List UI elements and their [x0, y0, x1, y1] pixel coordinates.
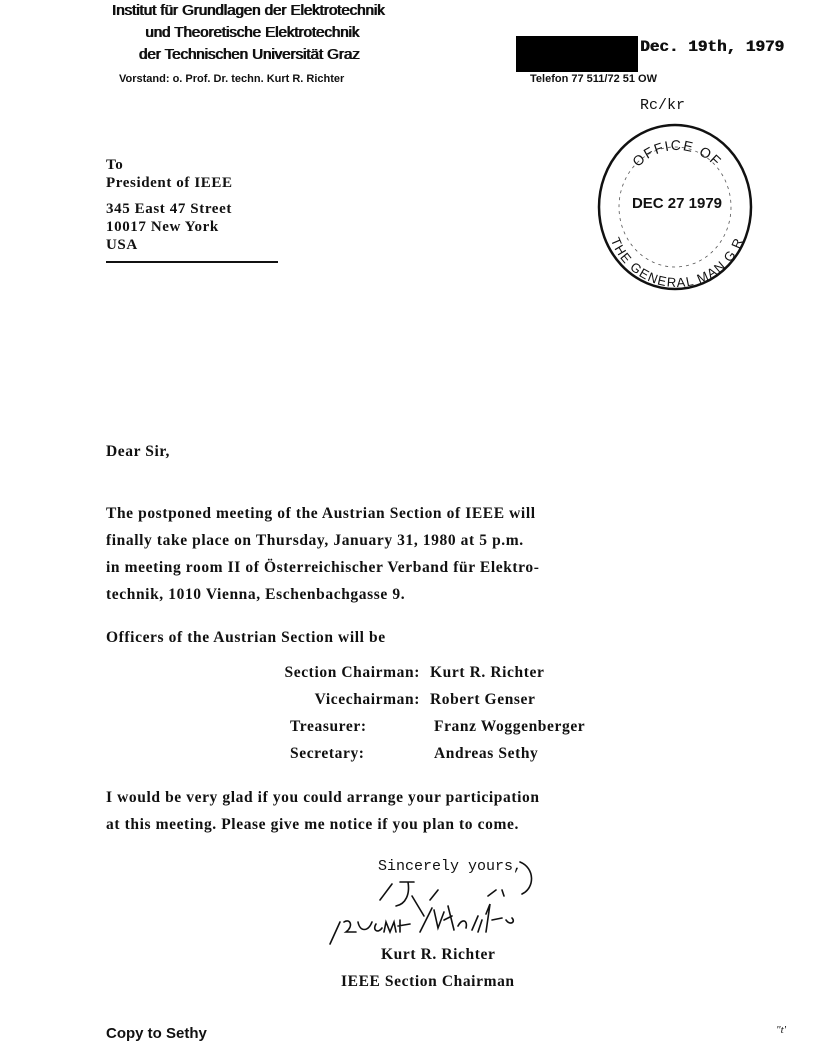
recipient-street: 345 East 47 Street	[106, 200, 233, 218]
officer-name: Robert Genser	[424, 686, 536, 713]
paragraph-participation: I would be very glad if you could arrang…	[106, 784, 540, 838]
recipient-address: To President of IEEE 345 East 47 Street …	[106, 156, 233, 254]
officer-row: Vicechairman: Robert Genser	[250, 686, 585, 713]
paragraph-line: in meeting room II of Österreichischer V…	[106, 554, 540, 581]
copy-note: Copy to Sethy	[106, 1025, 207, 1042]
letterhead-line-2: und Theoretische Elektrotechnik	[78, 22, 418, 44]
paragraph-meeting: The postponed meeting of the Austrian Se…	[106, 500, 540, 608]
received-stamp: OFFICE OF THE GENERAL MAN G R DEC 27 197…	[595, 122, 755, 292]
signer-title: IEEE Section Chairman	[341, 973, 515, 991]
paragraph-line: at this meeting. Please give me notice i…	[106, 811, 540, 838]
signer-name: Kurt R. Richter	[381, 946, 495, 964]
paragraph-line: The postponed meeting of the Austrian Se…	[106, 500, 540, 527]
stamp-circle-icon: OFFICE OF THE GENERAL MAN G R DEC 27 197…	[595, 122, 755, 292]
officer-role: Secretary:	[250, 740, 428, 767]
letterhead: Institut für Grundlagen der Elektrotechn…	[78, 0, 418, 66]
address-divider	[106, 261, 278, 263]
officer-name: Franz Woggenberger	[428, 713, 585, 740]
recipient-to: To	[106, 156, 233, 174]
officer-name: Andreas Sethy	[428, 740, 538, 767]
telefon-number: Telefon 77 511/72 51 OW	[530, 73, 657, 85]
letter-date: Dec. 19th, 1979	[640, 38, 784, 56]
paragraph-line: finally take place on Thursday, January …	[106, 527, 540, 554]
svg-text:OFFICE OF: OFFICE OF	[629, 137, 725, 170]
signature-scribble-icon	[320, 860, 560, 950]
officers-list: Section Chairman: Kurt R. Richter Vicech…	[250, 659, 585, 767]
officer-role: Vicechairman:	[250, 686, 424, 713]
corner-mark: "t'	[776, 1024, 786, 1036]
recipient-country: USA	[106, 236, 233, 254]
recipient-city: 10017 New York	[106, 218, 233, 236]
officer-name: Kurt R. Richter	[424, 659, 544, 686]
officer-role: Treasurer:	[250, 713, 428, 740]
letterhead-line-3: der Technischen Universität Graz	[78, 44, 418, 66]
officer-row: Secretary: Andreas Sethy	[250, 740, 585, 767]
svg-text:THE GENERAL MAN G R: THE GENERAL MAN G R	[608, 235, 746, 290]
paragraph-line: I would be very glad if you could arrang…	[106, 784, 540, 811]
redaction-block	[516, 36, 638, 72]
salutation: Dear Sir,	[106, 438, 170, 465]
officer-role: Section Chairman:	[250, 659, 424, 686]
officer-row: Treasurer: Franz Woggenberger	[250, 713, 585, 740]
paragraph-line: technik, 1010 Vienna, Eschenbachgasse 9.	[106, 581, 540, 608]
officers-intro: Officers of the Austrian Section will be	[106, 624, 386, 651]
svg-text:DEC 27 1979: DEC 27 1979	[632, 195, 722, 212]
reference-code: Rc/kr	[640, 97, 685, 114]
officer-row: Section Chairman: Kurt R. Richter	[250, 659, 585, 686]
handwritten-signature	[320, 860, 560, 950]
letterhead-line-1: Institut für Grundlagen der Elektrotechn…	[78, 0, 418, 22]
recipient-name: President of IEEE	[106, 174, 233, 192]
letterhead-vorstand: Vorstand: o. Prof. Dr. techn. Kurt R. Ri…	[119, 73, 344, 85]
